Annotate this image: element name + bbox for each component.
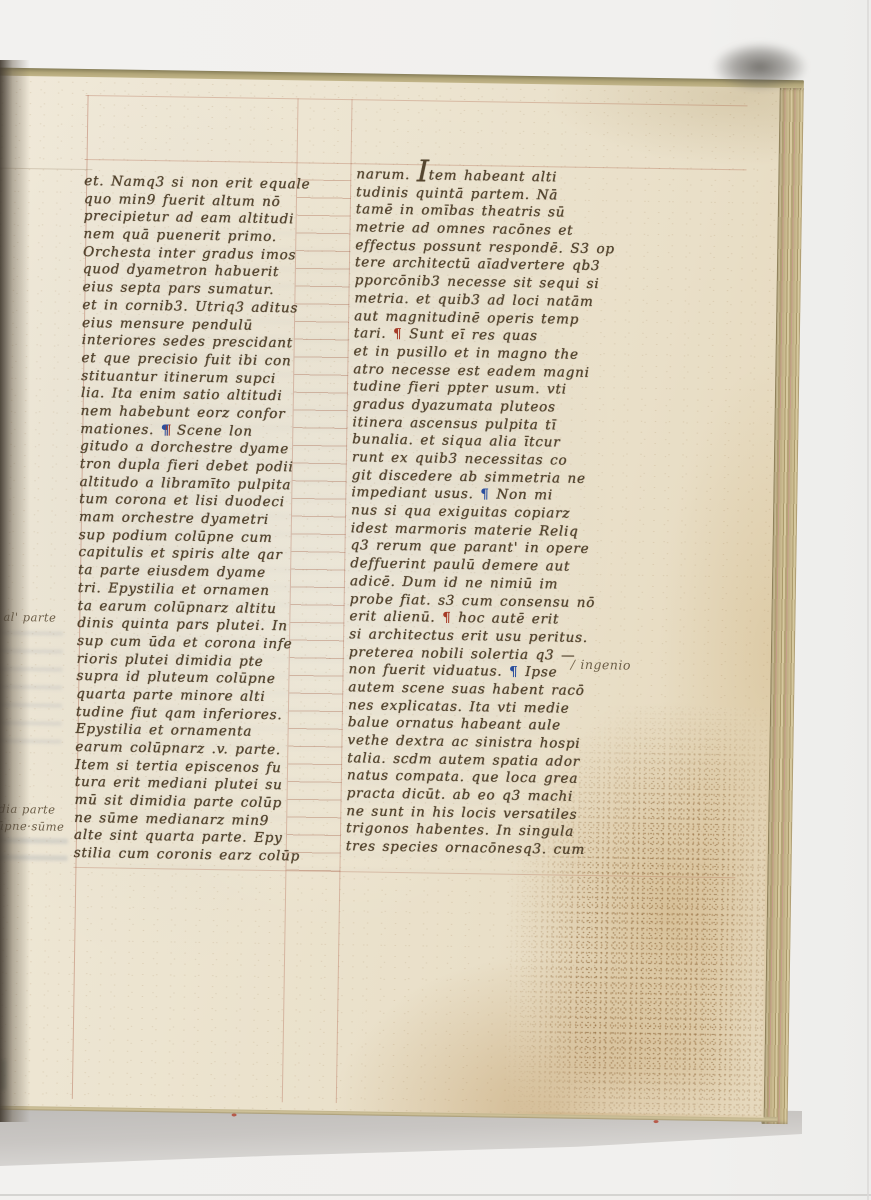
text-segment: tari. [354, 325, 393, 342]
text-segment: impediant usus. [351, 485, 480, 503]
manuscript-photo: { "palette": { "ink": "#54452f", "rubric… [0, 0, 871, 1200]
photo-edge-right [867, 0, 869, 1200]
manuscript-page: et. Namq3 si non erit equalequo min9 fue… [0, 75, 780, 1117]
text-segment: hoc autē erit [451, 610, 559, 628]
right-margin-note-ingenio: /ingenio [571, 657, 631, 673]
text-segment: non fuerit viduatus. [348, 661, 509, 680]
text-segment: erit alienū. [349, 608, 442, 625]
paragraph-mark-duo: ¶ [161, 422, 171, 438]
gutter-shadow [0, 60, 30, 1122]
manuscript-line: tres species ornacōnesq3. cum [346, 838, 566, 859]
photo-edge-bottom [0, 1194, 871, 1196]
text-segment: Ipse [518, 664, 557, 681]
left-text-column: et. Namq3 si non erit equalequo min9 fue… [74, 173, 299, 866]
margin-note-text: ingenio [580, 657, 631, 673]
red-edge-speck [654, 1120, 659, 1123]
paragraph-mark-red: ¶ [442, 610, 452, 626]
right-text-column: narum. Item habeant altitudinis quintā p… [346, 166, 577, 859]
manuscript-line: stilia cum coronis earz colūp [74, 845, 288, 866]
book-block: et. Namq3 si non erit equalequo min9 fue… [0, 67, 814, 1134]
text-segment: mationes. [80, 421, 161, 438]
text-segment: narum. [356, 166, 417, 183]
red-edge-speck [232, 1113, 237, 1116]
paragraph-mark-blue: ¶ [509, 664, 519, 680]
insertion-caret: / [571, 657, 576, 672]
text-segment: tem habeant alti [429, 167, 558, 185]
tall-initial-I: I [417, 154, 429, 189]
text-segment: Scene lon [170, 422, 253, 439]
ruling-horizontal-top [86, 95, 748, 106]
text-segment: Sunt eī res quas [402, 326, 537, 344]
photographer-shadow [712, 42, 808, 92]
text-segment: Non mi [490, 487, 553, 504]
paragraph-mark-red: ¶ [393, 326, 403, 342]
